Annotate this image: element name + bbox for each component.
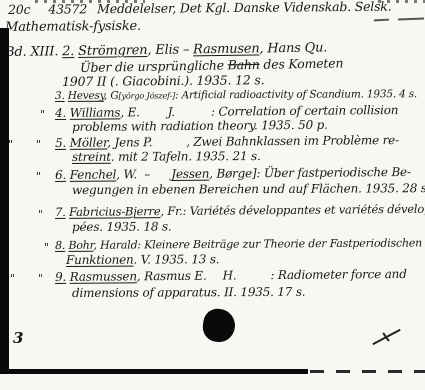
ditto-mark: " xyxy=(44,241,49,254)
text-segment: , G xyxy=(104,90,119,102)
ditto-mark: " xyxy=(40,108,45,121)
text-segment: streint xyxy=(72,150,111,164)
catalog-card: 20c43572Meddelelser, Det Kgl. Danske Vid… xyxy=(0,0,425,390)
text-segment: des Kometen xyxy=(259,55,343,71)
ditto-mark: " xyxy=(10,272,15,285)
card-bottom-edge-dashes xyxy=(310,370,425,373)
text-segment: Jessen xyxy=(171,167,209,181)
ditto-mark: " xyxy=(36,138,41,151)
card-bottom-edge xyxy=(0,369,308,374)
text-segment: 6. xyxy=(55,168,66,182)
entry-2-line-3: 1907 II (. Giacobini.). 1935. 12 s. xyxy=(62,74,264,88)
text-segment: dimensions of apparatus. II. 1935. 17 s. xyxy=(72,285,305,300)
entry-4-line-2: problems with radiation theory. 1935. 50… xyxy=(72,119,328,133)
text-segment: Fabricius-Bjerre xyxy=(69,204,160,219)
text-segment: 8. xyxy=(55,239,65,252)
text-segment: . V. 1935. 13 s. xyxy=(133,252,219,266)
text-segment: : Correlation of certain collision xyxy=(211,103,398,119)
entry-7-line-2: pées. 1935. 18 s. xyxy=(72,220,172,233)
text-segment: 20c xyxy=(8,2,30,17)
text-segment: Fenchel xyxy=(70,167,117,181)
header-line: 20c43572Meddelelser, Det Kgl. Danske Vid… xyxy=(8,1,391,17)
text-segment: 1907 II (. Giacobini.). 1935. 12 s. xyxy=(62,72,264,89)
text-segment: Rasmusen xyxy=(193,41,260,57)
ditto-mark: " xyxy=(36,170,41,183)
text-segment: , Rasmus E. xyxy=(137,269,207,284)
text-segment: , W. – xyxy=(116,167,157,181)
entry-7-line-1: 7. Fabricius-Bjerre, Fr.: Variétés dével… xyxy=(55,204,425,219)
text-segment: , Børge]: Über fastperiodische Be- xyxy=(209,165,411,181)
entry-8-line-2: Funktionen. V. 1935. 13 s. xyxy=(66,253,219,266)
entry-5-line-2: streint. mit 2 Tafeln. 1935. 21 s. xyxy=(72,150,261,163)
entry-5-line-1: 5. Möller, Jens P., Zwei Bahnklassen im … xyxy=(55,134,399,149)
text-segment: , Jens P. xyxy=(107,135,152,149)
entry-3-line-1: 3. Hevesy, G[yörgo Jószef-]: Artificial … xyxy=(55,89,417,101)
entry-4-line-1: 4. Williams, E.J.: Correlation of certai… xyxy=(55,104,398,119)
entry-9-line-2: dimensions of apparatus. II. 1935. 17 s. xyxy=(72,286,305,299)
text-segment: , E. xyxy=(120,105,140,119)
text-segment: wegungen in ebenen Bereichen und auf Flä… xyxy=(72,181,425,197)
text-segment: [yörgo Jószef-] xyxy=(118,90,175,100)
text-segment: , Hans Qu. xyxy=(259,41,327,57)
text-segment: : Radiometer force and xyxy=(270,267,406,282)
text-segment: Mathematisk-fysiske. xyxy=(5,19,141,35)
text-segment: Hevesy xyxy=(68,90,104,102)
text-segment: 3. xyxy=(55,90,65,102)
text-segment: , Fr.: Variétés développantes et variété… xyxy=(160,202,425,218)
text-segment: Rasmussen xyxy=(70,269,137,284)
series-line: Mathematisk-fysiske. xyxy=(5,20,141,34)
text-segment: Funktionen xyxy=(66,253,134,267)
text-segment: : Artificial radioactivity of Scandium. … xyxy=(175,88,417,101)
text-segment: 5. xyxy=(55,136,66,150)
text-segment: pées. 1935. 18 s. xyxy=(72,219,172,234)
ditto-mark: " xyxy=(38,208,43,221)
text-segment: J. xyxy=(168,105,175,119)
text-segment: . mit 2 Tafeln. 1935. 21 s. xyxy=(111,149,261,164)
text-segment: 7. xyxy=(55,205,66,219)
text-segment: Bd. XIII. xyxy=(5,44,62,60)
text-segment: Bohr xyxy=(68,239,93,252)
entry-9-line-1: 9. Rasmussen, Rasmus E.H.: Radiometer fo… xyxy=(55,268,407,283)
text-segment: 2. xyxy=(62,44,74,59)
text-segment: problems with radiation theory. 1935. 50… xyxy=(72,118,328,134)
text-segment: , Harald: Kleinere Beiträge zur Theorie … xyxy=(93,236,422,251)
text-segment: , Zwei Bahnklassen im Problème re- xyxy=(186,133,399,149)
text-segment: , Elis – xyxy=(147,42,193,58)
text-segment: Möller xyxy=(70,136,108,150)
text-segment: Williams xyxy=(70,105,121,119)
text-segment: Bahn xyxy=(228,57,260,73)
entry-6-line-1: 6. Fenchel, W. – Jessen, Børge]: Über fa… xyxy=(55,166,411,181)
ditto-mark: " xyxy=(38,272,43,285)
text-segment: H. xyxy=(222,268,236,282)
text-segment: Meddelelser, Det Kgl. Danske Videnskab. … xyxy=(97,0,391,16)
scan-edge-left xyxy=(0,28,9,369)
entry-6-line-2: wegungen in ebenen Bereichen und auf Flä… xyxy=(72,182,425,196)
text-segment: 4. xyxy=(55,106,66,120)
text-segment: Strömgren xyxy=(78,43,148,59)
page-number: 3 xyxy=(13,329,23,347)
entry-8-line-1: 8. Bohr, Harald: Kleinere Beiträge zur T… xyxy=(55,237,422,251)
text-segment: 43572 xyxy=(48,1,87,16)
text-segment: 9. xyxy=(55,270,66,284)
